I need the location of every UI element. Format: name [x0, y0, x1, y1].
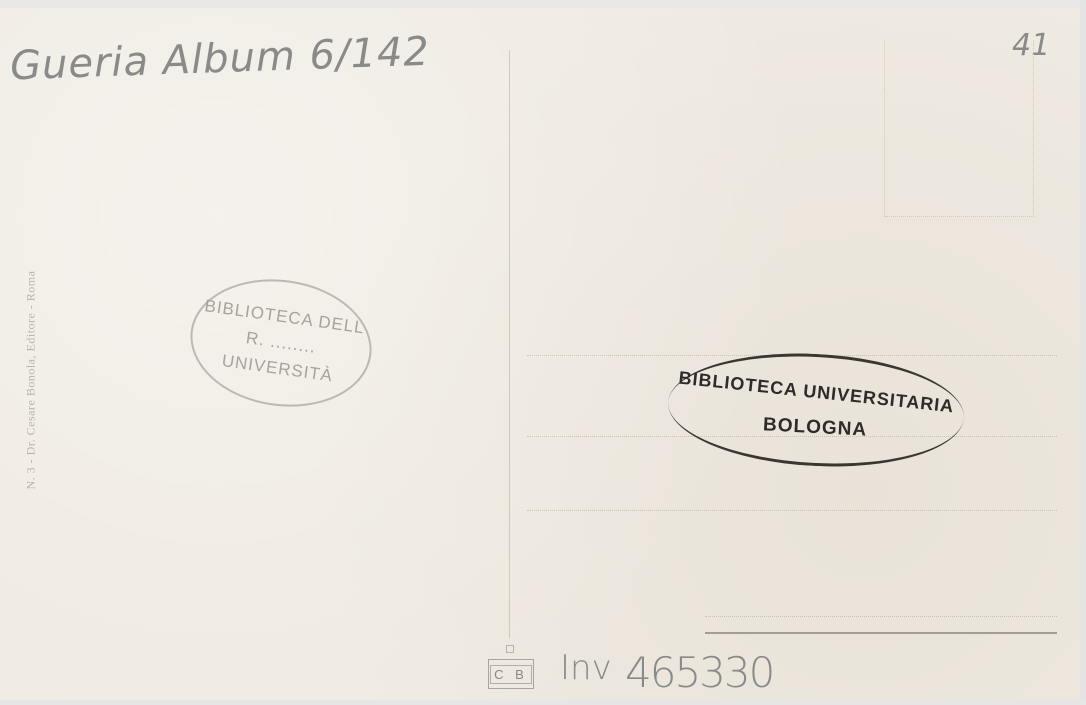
- dark-stamp-line-1: BIBLIOTECA UNIVERSITARIA: [678, 364, 956, 421]
- address-underline: [705, 632, 1057, 634]
- faded-library-stamp: BIBLIOTECA DELL R. ........ UNIVERSITÀ: [182, 268, 380, 418]
- handwritten-album-reference: Gueria Album 6/142: [9, 29, 430, 90]
- divider-end-mark: [506, 645, 514, 653]
- scan-edge-bottom: [0, 700, 1086, 705]
- stamp-placeholder-box: [884, 40, 1034, 217]
- address-line-3: [527, 510, 1057, 511]
- postcard-back: Gueria Album 6/142 41 N. 3 - Dr. Cesare …: [0, 8, 1080, 700]
- dark-stamp-line-2: BOLOGNA: [762, 411, 867, 444]
- address-line-4: [705, 616, 1057, 617]
- center-divider: [509, 50, 510, 638]
- cb-mark: C B: [488, 659, 534, 689]
- cb-mark-text: C B: [490, 665, 532, 684]
- inventory-number: 465330: [625, 648, 773, 697]
- scan-edge-right: [1080, 0, 1086, 705]
- publisher-imprint: N. 3 - Dr. Cesare Bonola, Editore - Roma: [24, 271, 39, 490]
- university-library-stamp: BIBLIOTECA UNIVERSITARIA BOLOGNA: [665, 346, 966, 473]
- inventory-label: Inv: [560, 648, 612, 688]
